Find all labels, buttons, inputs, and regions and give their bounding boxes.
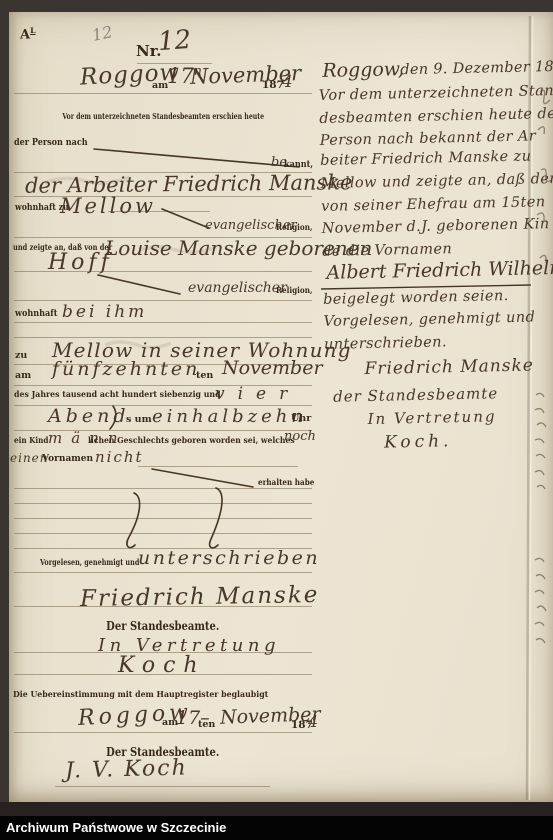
- ruled-line: [14, 732, 312, 733]
- ten-label: ten: [196, 370, 213, 381]
- ruled-line: [14, 518, 312, 519]
- registrar-label-text: Der Standesbeamte.: [106, 618, 219, 633]
- ruled-line: [14, 93, 312, 94]
- form-code: AL: [20, 26, 36, 42]
- registrar-signature: Koch: [118, 653, 206, 678]
- religion1-label-text: Religion,: [276, 223, 312, 233]
- archive-footer-bar: Archiwum Państwowe w Szczecinie: [0, 816, 553, 840]
- person-label-text: der Person nach: [14, 137, 88, 148]
- intro-line: Vor dem unterzeichneten Standesbeamten e…: [14, 112, 312, 122]
- unterschrieben-entry: unterschrieben: [138, 547, 320, 569]
- bekannt-printed: kannt,: [284, 159, 318, 170]
- form-code-superscript: L: [30, 26, 35, 35]
- s-um-label: s um: [126, 414, 152, 425]
- vorgelesen-text: Vorgelesen, genehmigt und: [40, 558, 139, 568]
- certify-text: Die Uebereinstimmung mit dem Hauptregist…: [13, 690, 268, 700]
- scan-viewport: { "colors": { "page": "#e9e1cd", "printe…: [0, 0, 553, 840]
- erhalten-text: erhalten habe: [258, 478, 314, 488]
- ruled-line: [14, 572, 312, 573]
- ruled-line: [14, 322, 312, 323]
- margin-date: den 9. Dezember 1874: [400, 59, 553, 79]
- religion1-label: Religion,: [276, 223, 319, 233]
- residence-entry: Mellow: [60, 194, 156, 218]
- archive-name: Archiwum Państwowe w Szczecinie: [6, 816, 226, 840]
- margin-signature: Friedrich Manske: [364, 356, 534, 380]
- mother-birthname-entry: Hoff: [48, 250, 113, 275]
- time-entry: einhalbzehn: [152, 406, 307, 427]
- scan-bottom-shadow: [0, 802, 553, 816]
- religion2-label: Religion,: [276, 286, 319, 296]
- margin-line: unterschrieben.: [324, 334, 447, 353]
- margin-child-names: Albert Friedrich Wilhelm: [326, 257, 553, 284]
- uhr-label: Uhr: [291, 413, 311, 424]
- registrar-signature-2: J. V. Koch: [65, 755, 188, 783]
- margin-closing-line: der Standesbeamte: [333, 384, 498, 405]
- certify-year-digit: 4: [308, 712, 318, 731]
- certify-label: Die Uebereinstimmung mit dem Hauptregist…: [13, 690, 291, 700]
- birthmonth-entry: November: [222, 357, 323, 379]
- vornamen-label: Vornamen: [42, 454, 93, 464]
- ruled-line: [14, 503, 312, 504]
- header-year-digit: 4: [282, 72, 293, 92]
- ruled-line: [14, 533, 312, 534]
- erhalten-label: erhalten habe: [258, 478, 324, 488]
- header-year-printed: 187: [262, 79, 284, 91]
- declarant-signature: Friedrich Manske: [80, 582, 320, 612]
- margin-closing-line: In Vertretung: [367, 407, 496, 428]
- religion2-entry: evangelischer: [188, 280, 287, 296]
- daytime-entry: Abend: [48, 405, 130, 427]
- person-label: der Person nach: [14, 137, 101, 148]
- nicht-entry: nicht: [95, 448, 144, 466]
- ruled-line: [14, 300, 312, 301]
- year-entry: vier: [215, 384, 300, 404]
- noch-entry: noch: [284, 429, 316, 444]
- form-code-letter: A: [20, 27, 30, 42]
- wohnhaft-label-text: wohnhaft: [15, 309, 58, 319]
- child-prefix-text: ein Kind: [14, 436, 48, 446]
- header-am-label: am: [152, 80, 168, 91]
- certify-ten-label: ten: [198, 719, 215, 730]
- ruled-line: [138, 466, 298, 467]
- intro-text: Vor dem unterzeichneten Standesbeamten e…: [62, 112, 264, 122]
- wohnhaft-entry: bei ihm: [62, 302, 147, 322]
- child-suffix-text: lichen Geschlechts geboren worden sei, w…: [88, 436, 295, 446]
- religion2-label-text: Religion,: [276, 286, 312, 296]
- margin-closing-line: Koch.: [384, 431, 453, 452]
- ruled-line: [55, 786, 270, 787]
- am-label: am: [15, 370, 31, 381]
- registrar-label: Der Standesbeamte.: [14, 618, 312, 633]
- year-line-label: des Jahres tausend acht hundert siebenzi…: [14, 390, 239, 400]
- bekannt-printed-text: kannt,: [284, 159, 313, 170]
- margin-line: de die Vornamen: [322, 241, 452, 260]
- record-number-value: 12: [157, 25, 192, 57]
- birthday-entry: fünfzehnten: [52, 358, 200, 380]
- zu-label: zu: [15, 350, 27, 361]
- year-line-text: des Jahres tausend acht hundert siebenzi…: [14, 390, 221, 400]
- margin-place: Roggow,: [322, 58, 404, 82]
- wohnhaft-label: wohnhaft: [15, 309, 62, 319]
- ruled-line: [14, 488, 312, 489]
